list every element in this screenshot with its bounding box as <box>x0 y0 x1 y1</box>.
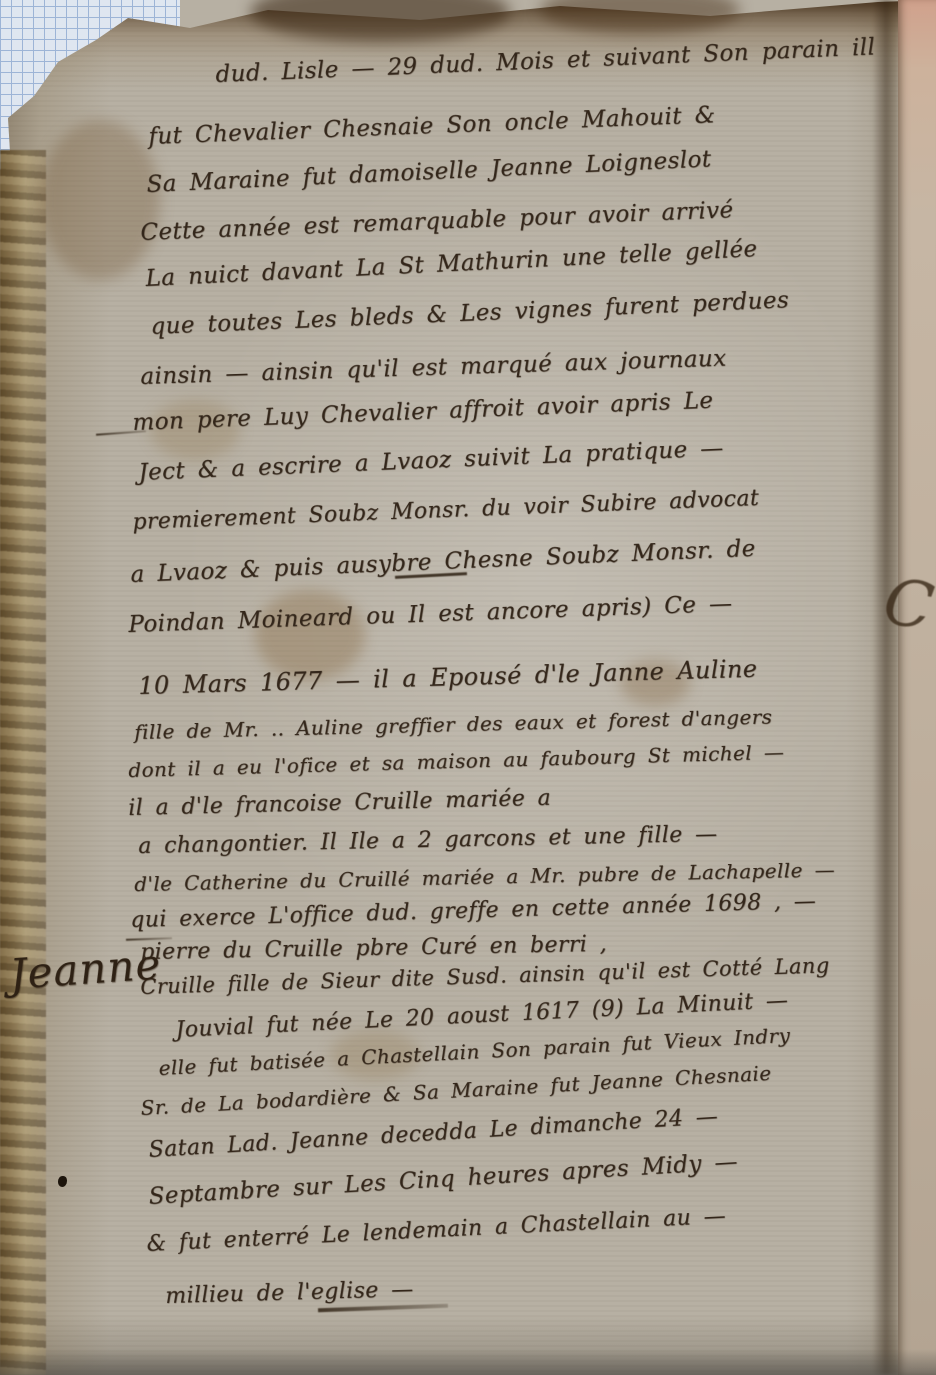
stain <box>40 120 160 280</box>
photo-bottom-shadow <box>0 1349 936 1375</box>
page-crease <box>872 0 898 1375</box>
book-spine-edge <box>0 150 46 1375</box>
margin-flourish: C <box>879 565 936 646</box>
manuscript-photo: C dud. Lisle — 29 dud. Mois et suivant S… <box>0 0 936 1375</box>
adjacent-page-edge <box>898 0 936 1375</box>
